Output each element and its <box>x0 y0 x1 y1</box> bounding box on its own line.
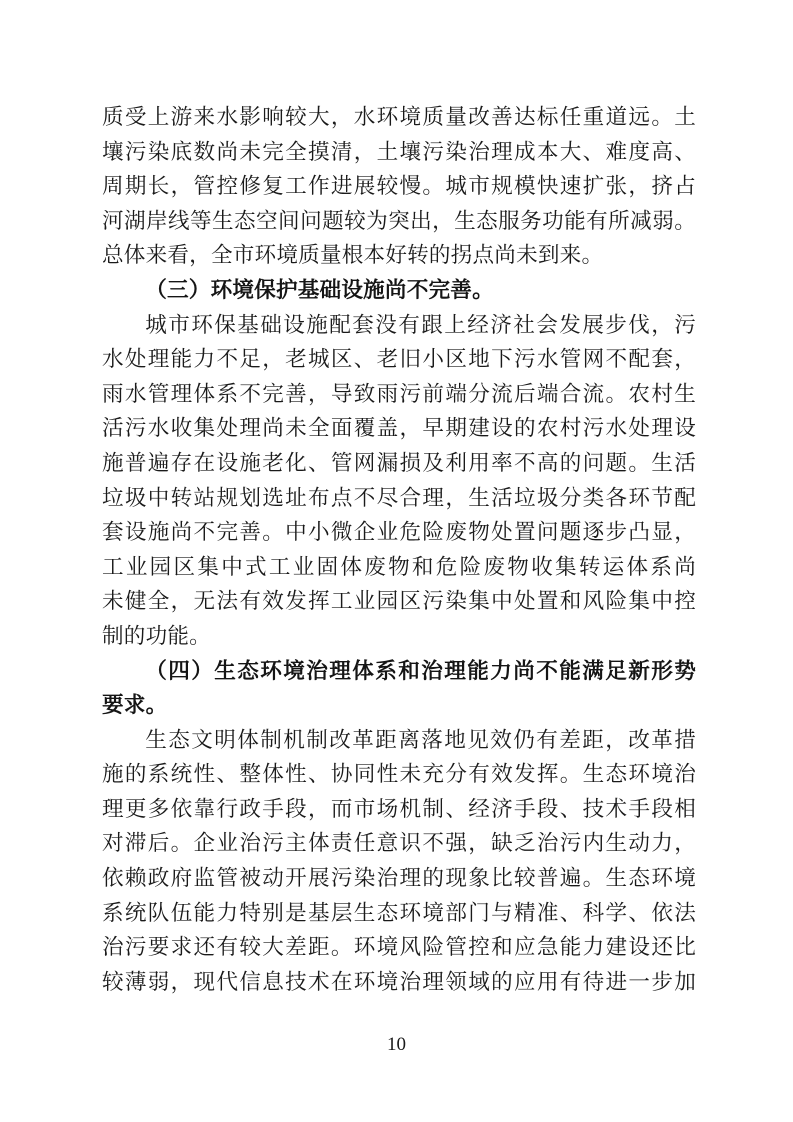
document-page: 质受上游来水影响较大，水环境质量改善达标任重道远。土壤污染底数尚未完全摸清，土壤… <box>0 0 793 1122</box>
document-body: 质受上游来水影响较大，水环境质量改善达标任重道远。土壤污染底数尚未完全摸清，土壤… <box>102 100 696 999</box>
text-line: 雨水管理体系不完善，导致雨污前端分流后端合流。农村生 <box>102 377 696 412</box>
page-footer: 10 <box>0 1032 793 1058</box>
section-heading: （四）生态环境治理体系和治理能力尚不能满足新形势 <box>102 654 696 689</box>
text-line: 总体来看，全市环境质量根本好转的拐点尚未到来。 <box>102 238 696 273</box>
text-line: 河湖岸线等生态空间问题较为突出，生态服务功能有所减弱。 <box>102 204 696 239</box>
text-line: 系统队伍能力特别是基层生态环境部门与精准、科学、依法 <box>102 896 696 931</box>
text-line: 垃圾中转站规划选址布点不尽合理，生活垃圾分类各环节配 <box>102 481 696 516</box>
text-line: 施普遍存在设施老化、管网漏损及利用率不高的问题。生活 <box>102 446 696 481</box>
text-line: 较薄弱，现代信息技术在环境治理领域的应用有待进一步加 <box>102 965 696 1000</box>
text-line: 未健全，无法有效发挥工业园区污染集中处置和风险集中控 <box>102 584 696 619</box>
section-heading: （三）环境保护基础设施尚不完善。 <box>102 273 696 308</box>
text-line: 理更多依靠行政手段，而市场机制、经济手段、技术手段相 <box>102 792 696 827</box>
text-line: 水处理能力不足，老城区、老旧小区地下污水管网不配套， <box>102 342 696 377</box>
section-heading: 要求。 <box>102 688 696 723</box>
text-line: 壤污染底数尚未完全摸清，土壤污染治理成本大、难度高、 <box>102 135 696 170</box>
text-line: 城市环保基础设施配套没有跟上经济社会发展步伐，污 <box>102 308 696 343</box>
text-line: 质受上游来水影响较大，水环境质量改善达标任重道远。土 <box>102 100 696 135</box>
text-line: 活污水收集处理尚未全面覆盖，早期建设的农村污水处理设 <box>102 411 696 446</box>
text-line: 周期长，管控修复工作进展较慢。城市规模快速扩张，挤占 <box>102 169 696 204</box>
page-number: 10 <box>387 1034 406 1055</box>
text-line: 施的系统性、整体性、协同性未充分有效发挥。生态环境治 <box>102 757 696 792</box>
text-line: 治污要求还有较大差距。环境风险管控和应急能力建设还比 <box>102 930 696 965</box>
text-line: 生态文明体制机制改革距离落地见效仍有差距，改革措 <box>102 723 696 758</box>
text-line: 套设施尚不完善。中小微企业危险废物处置问题逐步凸显， <box>102 515 696 550</box>
text-line: 工业园区集中式工业固体废物和危险废物收集转运体系尚 <box>102 550 696 585</box>
text-line: 对滞后。企业治污主体责任意识不强，缺乏治污内生动力， <box>102 826 696 861</box>
text-line: 制的功能。 <box>102 619 696 654</box>
text-line: 依赖政府监管被动开展污染治理的现象比较普遍。生态环境 <box>102 861 696 896</box>
